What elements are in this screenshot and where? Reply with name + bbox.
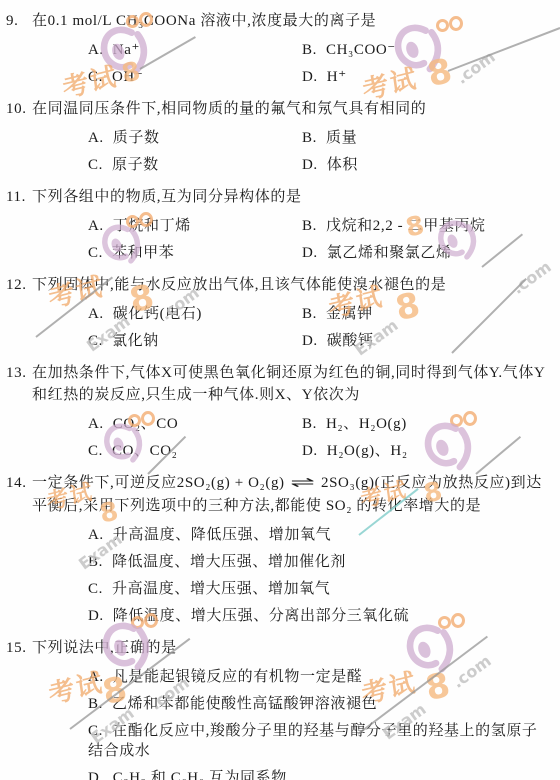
option-text: 升高温度、降低压强、增加氧气	[113, 527, 331, 543]
option-text: CO₂、CO	[113, 416, 179, 432]
option-label: B.	[302, 40, 317, 60]
option-14-a: A.升高温度、降低压强、增加氧气	[88, 525, 552, 545]
option-label: D.	[88, 606, 104, 626]
option-12-b: B.金属钾	[302, 304, 552, 324]
option-label: A.	[88, 216, 104, 236]
option-text: 氯乙烯和聚氯乙烯	[327, 245, 452, 261]
option-13-b: B.H₂、H₂O(g)	[302, 414, 552, 434]
option-10-c: C.原子数	[88, 155, 302, 175]
option-12-d: D.碳酸钙	[302, 331, 552, 351]
question-14: 14. 一定条件下,可逆反应2SO₂(g) + O₂(g)⇌2SO₃(g)(正反…	[6, 472, 552, 626]
option-label: B.	[88, 694, 103, 714]
option-9-c: C.OH⁻	[88, 67, 302, 87]
option-text: Na⁺	[113, 42, 140, 58]
question-stem: 下列各组中的物质,互为同分异构体的是	[32, 189, 302, 205]
options-grid: A.碳化钙(电石) B.金属钾 C.氯化钠 D.碳酸钙	[88, 304, 552, 351]
option-11-d: D.氯乙烯和聚氯乙烯	[302, 243, 552, 263]
option-15-b: B.乙烯和苯都能使酸性高锰酸钾溶液褪色	[88, 694, 552, 714]
option-text: 丁烷和丁烯	[113, 218, 191, 234]
option-label: C.	[88, 721, 103, 741]
option-13-a: A.CO₂、CO	[88, 414, 302, 434]
option-12-a: A.碳化钙(电石)	[88, 304, 302, 324]
option-13-c: C.CO、CO₂	[88, 441, 302, 461]
option-label: C.	[88, 579, 103, 599]
option-text: H⁺	[327, 69, 347, 85]
option-label: D.	[302, 331, 318, 351]
option-15-d: D.C₂H₂ 和 C₆H₆ 互为同系物	[88, 768, 552, 780]
option-label: C.	[88, 441, 103, 461]
question-13: 13. 在加热条件下,气体X可使黑色氧化铜还原为红色的铜,同时得到气体Y.气体Y…	[6, 362, 552, 461]
option-label: B.	[302, 216, 317, 236]
option-label: C.	[88, 67, 103, 87]
option-text: 在酯化反应中,羧酸分子里的羟基与醇分子里的羟基上的氢原子结合成水	[88, 723, 538, 759]
option-10-b: B.质量	[302, 128, 552, 148]
option-label: A.	[88, 304, 104, 324]
options-grid: A.丁烷和丁烯 B.戊烷和2,2 - 二甲基丙烷 C.苯和甲苯 D.氯乙烯和聚氯…	[88, 216, 552, 263]
option-label: A.	[88, 414, 104, 434]
option-label: D.	[302, 67, 318, 87]
option-11-a: A.丁烷和丁烯	[88, 216, 302, 236]
question-stem: 下列固体中,能与水反应放出气体,且该气体能使溴水褪色的是	[32, 277, 446, 293]
option-text: H₂O(g)、H₂	[327, 443, 408, 459]
option-text: 戊烷和2,2 - 二甲基丙烷	[326, 218, 486, 234]
question-number: 10.	[6, 98, 31, 120]
question-number: 12.	[6, 274, 31, 296]
option-text: 质子数	[113, 130, 160, 146]
question-9: 9. 在0.1 mol/L CH₃COONa 溶液中,浓度最大的离子是 A.Na…	[6, 10, 552, 87]
option-11-c: C.苯和甲苯	[88, 243, 302, 263]
option-label: B.	[302, 128, 317, 148]
option-text: CO、CO₂	[112, 443, 178, 459]
question-10: 10. 在同温同压条件下,相同物质的量的氟气和氖气具有相同的 A.质子数 B.质…	[6, 98, 552, 175]
option-9-b: B.CH₃COO⁻	[302, 40, 552, 60]
option-text: 乙烯和苯都能使酸性高锰酸钾溶液褪色	[112, 696, 377, 712]
option-label: A.	[88, 525, 104, 545]
question-number: 15.	[6, 637, 31, 659]
option-label: B.	[302, 304, 317, 324]
option-text: 降低温度、增大压强、分离出部分三氧化硫	[113, 608, 409, 624]
option-9-d: D.H⁺	[302, 67, 552, 87]
question-number: 11.	[6, 186, 31, 208]
question-stem: 下列说法中,正确的是	[32, 640, 177, 656]
option-14-b: B.降低温度、增大压强、增加催化剂	[88, 552, 552, 572]
option-label: B.	[88, 552, 103, 572]
option-text: OH⁻	[112, 69, 143, 85]
option-label: C.	[88, 155, 103, 175]
option-text: 原子数	[112, 157, 159, 173]
question-number: 14.	[6, 472, 31, 494]
option-text: 质量	[326, 130, 357, 146]
option-label: B.	[302, 414, 317, 434]
option-text: 体积	[327, 157, 358, 173]
option-label: D.	[88, 768, 104, 780]
option-text: 苯和甲苯	[112, 245, 174, 261]
option-14-c: C.升高温度、增大压强、增加氧气	[88, 579, 552, 599]
option-text: 金属钾	[326, 306, 373, 322]
option-14-d: D.降低温度、增大压强、分离出部分三氧化硫	[88, 606, 552, 626]
option-text: 凡是能起银镜反应的有机物一定是醛	[113, 669, 363, 685]
question-number: 13.	[6, 362, 31, 384]
option-12-c: C.氯化钠	[88, 331, 302, 351]
option-text: 降低温度、增大压强、增加催化剂	[112, 554, 346, 570]
option-label: D.	[302, 441, 318, 461]
option-text: CH₃COO⁻	[326, 42, 396, 58]
equilibrium-arrow: ⇌	[290, 473, 316, 495]
option-10-d: D.体积	[302, 155, 552, 175]
options-grid: A.CO₂、CO B.H₂、H₂O(g) C.CO、CO₂ D.H₂O(g)、H…	[88, 414, 552, 461]
option-text: 碳化钙(电石)	[113, 306, 202, 322]
exam-paper: 9. 在0.1 mol/L CH₃COONa 溶液中,浓度最大的离子是 A.Na…	[0, 0, 560, 780]
option-label: A.	[88, 128, 104, 148]
options-grid: A.质子数 B.质量 C.原子数 D.体积	[88, 128, 552, 175]
question-number: 9.	[6, 10, 31, 32]
question-stem: 在加热条件下,气体X可使黑色氧化铜还原为红色的铜,同时得到气体Y.气体Y和红热的…	[32, 365, 545, 403]
options-list: A.升高温度、降低压强、增加氧气 B.降低温度、增大压强、增加催化剂 C.升高温…	[88, 525, 552, 626]
option-10-a: A.质子数	[88, 128, 302, 148]
question-stem: 在0.1 mol/L CH₃COONa 溶液中,浓度最大的离子是	[32, 13, 376, 29]
options-list: A.凡是能起银镜反应的有机物一定是醛 B.乙烯和苯都能使酸性高锰酸钾溶液褪色 C…	[88, 667, 552, 780]
option-15-a: A.凡是能起银镜反应的有机物一定是醛	[88, 667, 552, 687]
option-label: D.	[302, 243, 318, 263]
question-stem: 在同温同压条件下,相同物质的量的氟气和氖气具有相同的	[32, 101, 426, 117]
option-11-b: B.戊烷和2,2 - 二甲基丙烷	[302, 216, 552, 236]
option-text: 碳酸钙	[327, 333, 374, 349]
question-11: 11. 下列各组中的物质,互为同分异构体的是 A.丁烷和丁烯 B.戊烷和2,2 …	[6, 186, 552, 263]
question-15: 15. 下列说法中,正确的是 A.凡是能起银镜反应的有机物一定是醛 B.乙烯和苯…	[6, 637, 552, 780]
options-grid: A.Na⁺ B.CH₃COO⁻ C.OH⁻ D.H⁺	[88, 40, 552, 87]
option-text: 升高温度、增大压强、增加氧气	[112, 581, 330, 597]
option-9-a: A.Na⁺	[88, 40, 302, 60]
option-label: C.	[88, 331, 103, 351]
question-12: 12. 下列固体中,能与水反应放出气体,且该气体能使溴水褪色的是 A.碳化钙(电…	[6, 274, 552, 351]
option-text: 氯化钠	[112, 333, 159, 349]
option-label: A.	[88, 40, 104, 60]
option-15-c: C.在酯化反应中,羧酸分子里的羟基与醇分子里的羟基上的氢原子结合成水	[88, 721, 552, 761]
option-label: C.	[88, 243, 103, 263]
option-text: H₂、H₂O(g)	[326, 416, 407, 432]
option-label: D.	[302, 155, 318, 175]
option-label: A.	[88, 667, 104, 687]
question-stem-pre: 一定条件下,可逆反应2SO₂(g) + O₂(g)	[32, 475, 285, 491]
option-13-d: D.H₂O(g)、H₂	[302, 441, 552, 461]
option-text: C₂H₂ 和 C₆H₆ 互为同系物	[113, 770, 287, 780]
